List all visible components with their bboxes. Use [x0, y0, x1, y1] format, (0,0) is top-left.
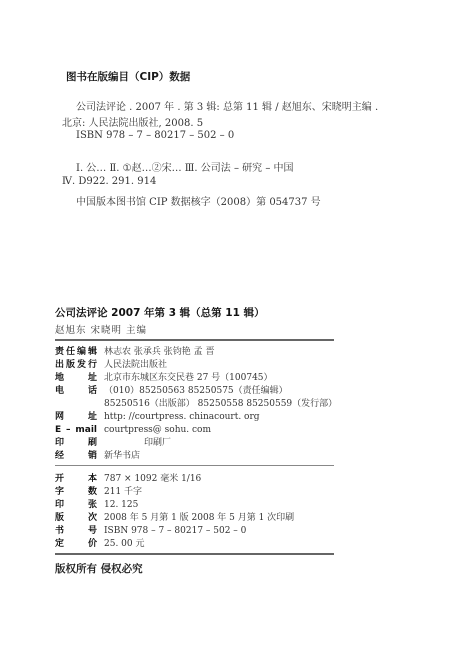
info-label: 地址: [55, 372, 97, 384]
website-link[interactable]: http: //courtpress. chinacourt. org: [104, 411, 260, 423]
info-row-email: E – mailcourtpress@ sohu. com: [55, 424, 211, 436]
info-row-editors: 责任编辑林志农 张承兵 张钧艳 孟 晋: [55, 346, 214, 358]
info-value: 林志农 张承兵 张钧艳 孟 晋: [104, 346, 214, 358]
spec-value: 2008 年 5 月第 1 版 2008 年 5 月第 1 次印刷: [104, 512, 294, 524]
spec-row-edition: 版次2008 年 5 月第 1 版 2008 年 5 月第 1 次印刷: [55, 512, 294, 524]
spec-row-format: 开本787 × 1092 毫米 1/16: [55, 473, 201, 485]
spec-value: 25. 00 元: [104, 538, 145, 550]
spec-row-isbn: 书号ISBN 978 – 7 – 80217 – 502 – 0: [55, 525, 246, 537]
info-label: 出版发行: [55, 359, 97, 371]
book-editors: 赵旭东 宋晓明 主编: [55, 322, 147, 336]
cip-heading: 图书在版编目（CIP）数据: [66, 69, 190, 84]
spec-row-price: 定价25. 00 元: [55, 538, 145, 550]
email-link[interactable]: courtpress@ sohu. com: [104, 424, 211, 436]
info-label: 网址: [55, 411, 97, 423]
spec-label: 印张: [55, 499, 97, 511]
spec-value: 211 千字: [104, 486, 142, 498]
info-value: 85250516（出版部） 85250558 85250559（发行部）: [104, 398, 337, 410]
spec-label: 定价: [55, 538, 97, 550]
info-label: 经销: [55, 450, 97, 462]
cip-line-6: 中国版本图书馆 CIP 数据核字（2008）第 054737 号: [76, 193, 321, 208]
spec-value: 787 × 1092 毫米 1/16: [104, 473, 201, 485]
info-label: 责任编辑: [55, 346, 97, 358]
info-row-address: 地址北京市东城区东交民巷 27 号（100745）: [55, 372, 273, 384]
spec-row-sheets: 印张12. 125: [55, 499, 138, 511]
info-value: 印刷厂: [104, 437, 171, 449]
spec-label: 书号: [55, 525, 97, 537]
info-row-phone-2: 85250516（出版部） 85250558 85250559（发行部）: [55, 398, 337, 410]
info-label: 印刷: [55, 437, 97, 449]
info-value: 北京市东城区东交民巷 27 号（100745）: [104, 372, 273, 384]
divider-top: [55, 339, 334, 341]
info-row-phone: 电话（010）85250563 85250575（责任编辑）: [55, 385, 288, 397]
info-label: E – mail: [55, 424, 97, 436]
info-row-printer: 印刷 印刷厂: [55, 437, 171, 449]
info-value: （010）85250563 85250575（责任编辑）: [104, 385, 288, 397]
copyright-notice: 版权所有 侵权必究: [55, 561, 143, 576]
info-row-website: 网址http: //courtpress. chinacourt. org: [55, 411, 260, 423]
info-row-distributor: 经销新华书店: [55, 450, 140, 462]
cip-line-5: Ⅳ. D922. 291. 914: [62, 176, 156, 187]
book-title: 公司法评论 2007 年第 3 辑（总第 11 辑）: [55, 305, 265, 320]
spec-value: 12. 125: [104, 499, 138, 511]
divider-middle: [55, 465, 334, 466]
cip-line-4: Ⅰ. 公… Ⅱ. ①赵…②宋… Ⅲ. 公司法 – 研究 – 中国: [76, 159, 294, 174]
spec-row-wordcount: 字数211 千字: [55, 486, 142, 498]
spec-label: 字数: [55, 486, 97, 498]
spec-value: ISBN 978 – 7 – 80217 – 502 – 0: [104, 525, 246, 537]
cip-line-3: ISBN 978 – 7 – 80217 – 502 – 0: [76, 130, 234, 141]
cip-line-2: 北京: 人民法院出版社, 2008. 5: [62, 114, 203, 129]
spec-label: 版次: [55, 512, 97, 524]
info-row-publisher: 出版发行人民法院出版社: [55, 359, 167, 371]
info-value: 新华书店: [104, 450, 140, 462]
info-label: 电话: [55, 385, 97, 397]
cip-line-1: 公司法评论 . 2007 年 . 第 3 辑: 总第 11 辑 / 赵旭东、宋晓…: [76, 98, 378, 113]
info-value: 人民法院出版社: [104, 359, 167, 371]
spec-label: 开本: [55, 473, 97, 485]
divider-bottom: [55, 553, 334, 555]
